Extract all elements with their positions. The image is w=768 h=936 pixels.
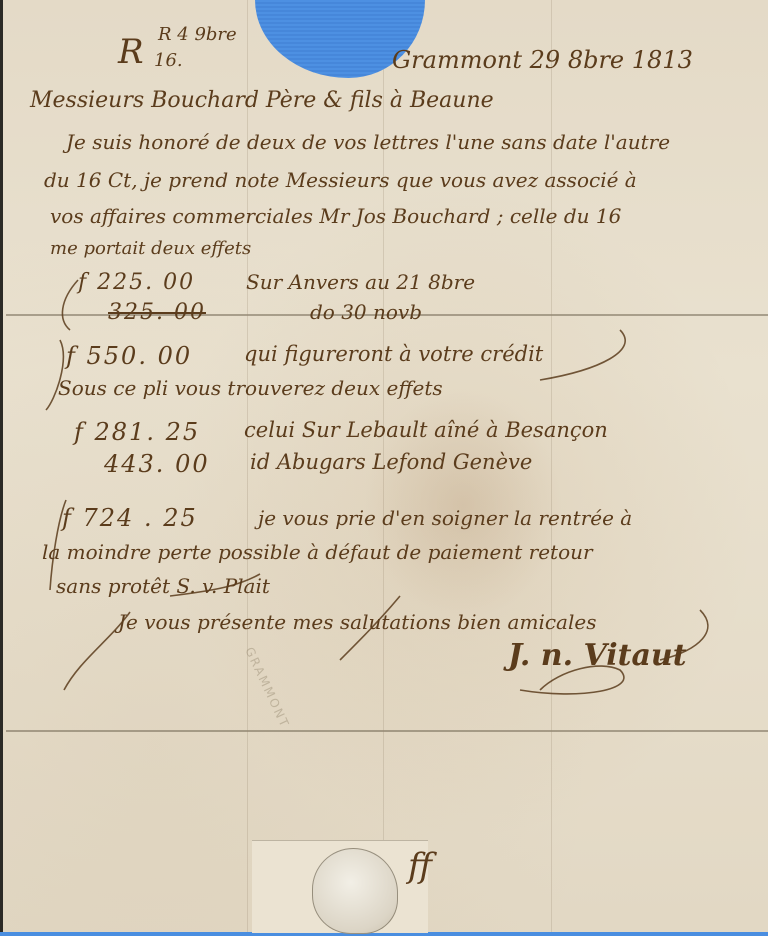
docket-r: R [118, 32, 144, 72]
body-line-4: me portait deux effets [50, 238, 251, 259]
ledger1-row2-amount: 325. 00 [108, 300, 206, 325]
ledger2-total-amount: f 724 . 25 [62, 504, 198, 532]
seal-mark: ff [408, 846, 432, 886]
ledger1-total-desc: qui figureront à votre crédit [244, 342, 543, 366]
salutation: Messieurs Bouchard Père & fils à Beaune [30, 88, 494, 113]
body-line-1: Je suis honoré de deux de vos lettres l'… [66, 130, 670, 154]
closing-line-2: sans protêt S. v. Plait [56, 574, 270, 598]
ledger2-row2-amount: 443. 00 [104, 450, 210, 478]
fold-line-lower [6, 730, 768, 732]
ledger1-row1-amount: f 225. 00 [78, 270, 195, 295]
dateline: Grammont 29 8bre 1813 [392, 46, 693, 74]
ledger1-total-amount: f 550. 00 [66, 342, 192, 370]
ledger2-row1-amount: f 281. 25 [74, 418, 200, 446]
wax-seal [312, 848, 398, 934]
closing-line-1: la moindre perte possible à défaut de pa… [42, 540, 593, 564]
body-mid: Sous ce pli vous trouverez deux effets [58, 376, 443, 400]
ledger2-row2-desc: id Abugars Lefond Genève [250, 450, 532, 474]
ledger2-row1-desc: celui Sur Lebault aîné à Besançon [244, 418, 608, 442]
ledger1-row2-desc: do 30 novb [310, 300, 422, 324]
signature: J. n. Vitaut [508, 638, 687, 673]
ledger2-total-desc: je vous prie d'en soigner la rentrée à [258, 506, 632, 530]
closing-line-3: Je vous présente mes salutations bien am… [118, 610, 596, 634]
ledger1-row1-desc: Sur Anvers au 21 8bre [246, 270, 475, 294]
body-line-2: du 16 Ct, je prend note Messieurs que vo… [44, 168, 637, 192]
docket-note-line2: 16. [154, 50, 183, 71]
docket-note-line1: R 4 9bre [158, 24, 237, 45]
body-line-3: vos affaires commerciales Mr Jos Bouchar… [50, 204, 621, 228]
